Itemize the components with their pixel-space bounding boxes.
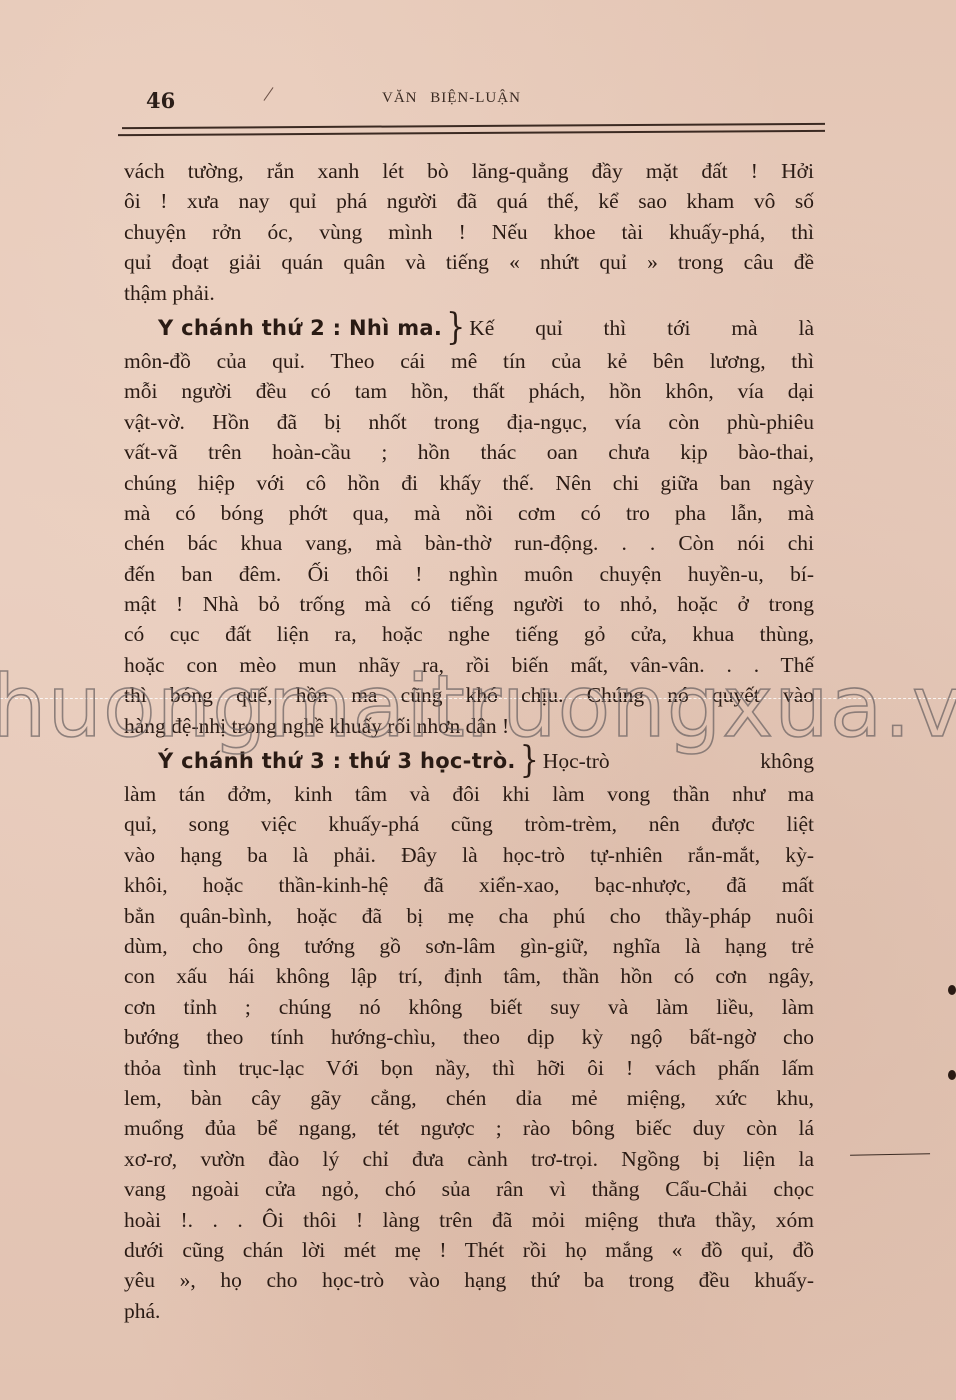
paper-tear-line: [850, 1147, 930, 1155]
text-line: thậm phải.: [124, 278, 814, 308]
edge-ink-mark: [948, 1070, 956, 1080]
text-line: bướng theo tính hướng-chìu, theo dịp kỳ …: [124, 1022, 814, 1052]
section-3-heading-line: Ý chánh thứ 3 : thứ 3 học-trò. } Học-trò…: [124, 743, 814, 779]
text-line: hoài !. . . Ôi thôi ! làng trên đã mỏi m…: [124, 1205, 814, 1235]
body-text: vách tường, rắn xanh lét bò lăng-quẳng đ…: [124, 156, 814, 1326]
text-line: hoặc con mèo mun nhãy ra, rồi biến mất, …: [124, 650, 814, 680]
text-line: cơn tỉnh ; chúng nó không biết suy và là…: [124, 992, 814, 1022]
text-line: mỗi người đều có tam hồn, thất phách, hồ…: [124, 376, 814, 406]
text-line: ôi ! xưa nay quỉ phá người đã quá thế, k…: [124, 186, 814, 216]
text-line: dùm, cho ông tướng gồ sơn-lâm gìn-giữ, n…: [124, 931, 814, 961]
section-3-title: Ý chánh thứ 3 : thứ 3 học-trò.: [158, 746, 516, 776]
text-line: vất-vã trên hoàn-cầu ; hồn thác oan chưa…: [124, 437, 814, 467]
section-2: Y chánh thứ 2 : Nhì ma. } Kế quỉ thì tới…: [124, 310, 814, 741]
text-line: chén bác khua vang, mà bàn-thờ run-động.…: [124, 528, 814, 558]
text-line: vật-vờ. Hồn đã bị nhốt trong địa-ngục, v…: [124, 407, 814, 437]
header-rule-bottom: [118, 130, 825, 136]
header-rule-top: [122, 123, 825, 129]
section-2-title: Y chánh thứ 2 : Nhì ma.: [158, 313, 442, 343]
page-number: 46: [146, 88, 175, 113]
text-line: môn-đồ của quỉ. Theo cái mê tín của kẻ b…: [124, 346, 814, 376]
text-line: lem, bàn cây gãy cẳng, chén dỉa mẻ miệng…: [124, 1083, 814, 1113]
text-line: muổng đủa bể ngang, tét ngược ; rào bông…: [124, 1113, 814, 1143]
text-line: làm tán đởm, kinh tâm và đôi khi làm von…: [124, 779, 814, 809]
text-line: yêu », họ cho học-trò vào hạng thứ ba tr…: [124, 1265, 814, 1295]
text-line: vách tường, rắn xanh lét bò lăng-quẳng đ…: [124, 156, 814, 186]
running-head-title: VĂN BIỆN-LUẬN: [382, 90, 521, 107]
text-line: mật ! Nhà bỏ trống mà có tiếng người to …: [124, 589, 814, 619]
brace-mark: }: [446, 310, 465, 346]
section-2-heading-line: Y chánh thứ 2 : Nhì ma. } Kế quỉ thì tới…: [124, 310, 814, 346]
text-line: thì bóng quế, hồn ma cũng khó chịu. Chún…: [124, 680, 814, 710]
text-line: chuyện rởn óc, vùng mình ! Nếu khoe tài …: [124, 217, 814, 247]
edge-ink-mark: [948, 985, 956, 995]
text-line: hàng đệ-nhị trong nghề khuấy rối nhơn dâ…: [124, 711, 814, 741]
section-3: Ý chánh thứ 3 : thứ 3 học-trò. } Học-trò…: [124, 743, 814, 1326]
brace-mark: }: [520, 743, 539, 779]
text-line: khôi, hoặc thần-kinh-hệ đã xiển-xao, bạc…: [124, 870, 814, 900]
page-header: 46 VĂN BIỆN-LUẬN: [122, 82, 822, 122]
text-line: phá.: [124, 1296, 814, 1326]
text-line: bẳn quân-bình, hoặc đã bị mẹ cha phú cho…: [124, 901, 814, 931]
text-line: thỏa tình trục-lạc Với bọn nầy, thì hỡi …: [124, 1053, 814, 1083]
text-line: quỉ, song việc khuấy-phá cũng tròm-trèm,…: [124, 809, 814, 839]
scanned-book-page: 46 VĂN BIỆN-LUẬN vách tường, rắn xanh lé…: [0, 0, 956, 1400]
scan-artifact-line: [0, 698, 956, 699]
text-line: chúng hiệp với cô hồn đi khấy thế. Nên c…: [124, 468, 814, 498]
text-line: vang ngoài cửa ngỏ, chó sủa rân vì thằng…: [124, 1174, 814, 1204]
paragraph-continuation: vách tường, rắn xanh lét bò lăng-quẳng đ…: [124, 156, 814, 308]
text-line: đến ban đêm. Ối thôi ! nghìn muôn chuyện…: [124, 559, 814, 589]
text-line: mà có bóng phớt qua, mà nồi cơm có tro p…: [124, 498, 814, 528]
text-line: vào hạng ba là phải. Đây là học-trò tự-n…: [124, 840, 814, 870]
section-3-first-line: Học-trò không: [543, 746, 814, 776]
section-2-first-line: Kế quỉ thì tới mà là: [469, 313, 814, 343]
text-line: xơ-rơ, vườn đào lý chỉ đưa cành trơ-trọi…: [124, 1144, 814, 1174]
text-line: có cục đất liện ra, hoặc nghe tiếng gỏ c…: [124, 619, 814, 649]
text-line: con xấu hái không lập trí, định tâm, thầ…: [124, 961, 814, 991]
text-line: quỉ đoạt giải quán quân và tiếng « nhứt …: [124, 247, 814, 277]
text-line: dưới cũng chán lời mét mẹ ! Thét rồi họ …: [124, 1235, 814, 1265]
